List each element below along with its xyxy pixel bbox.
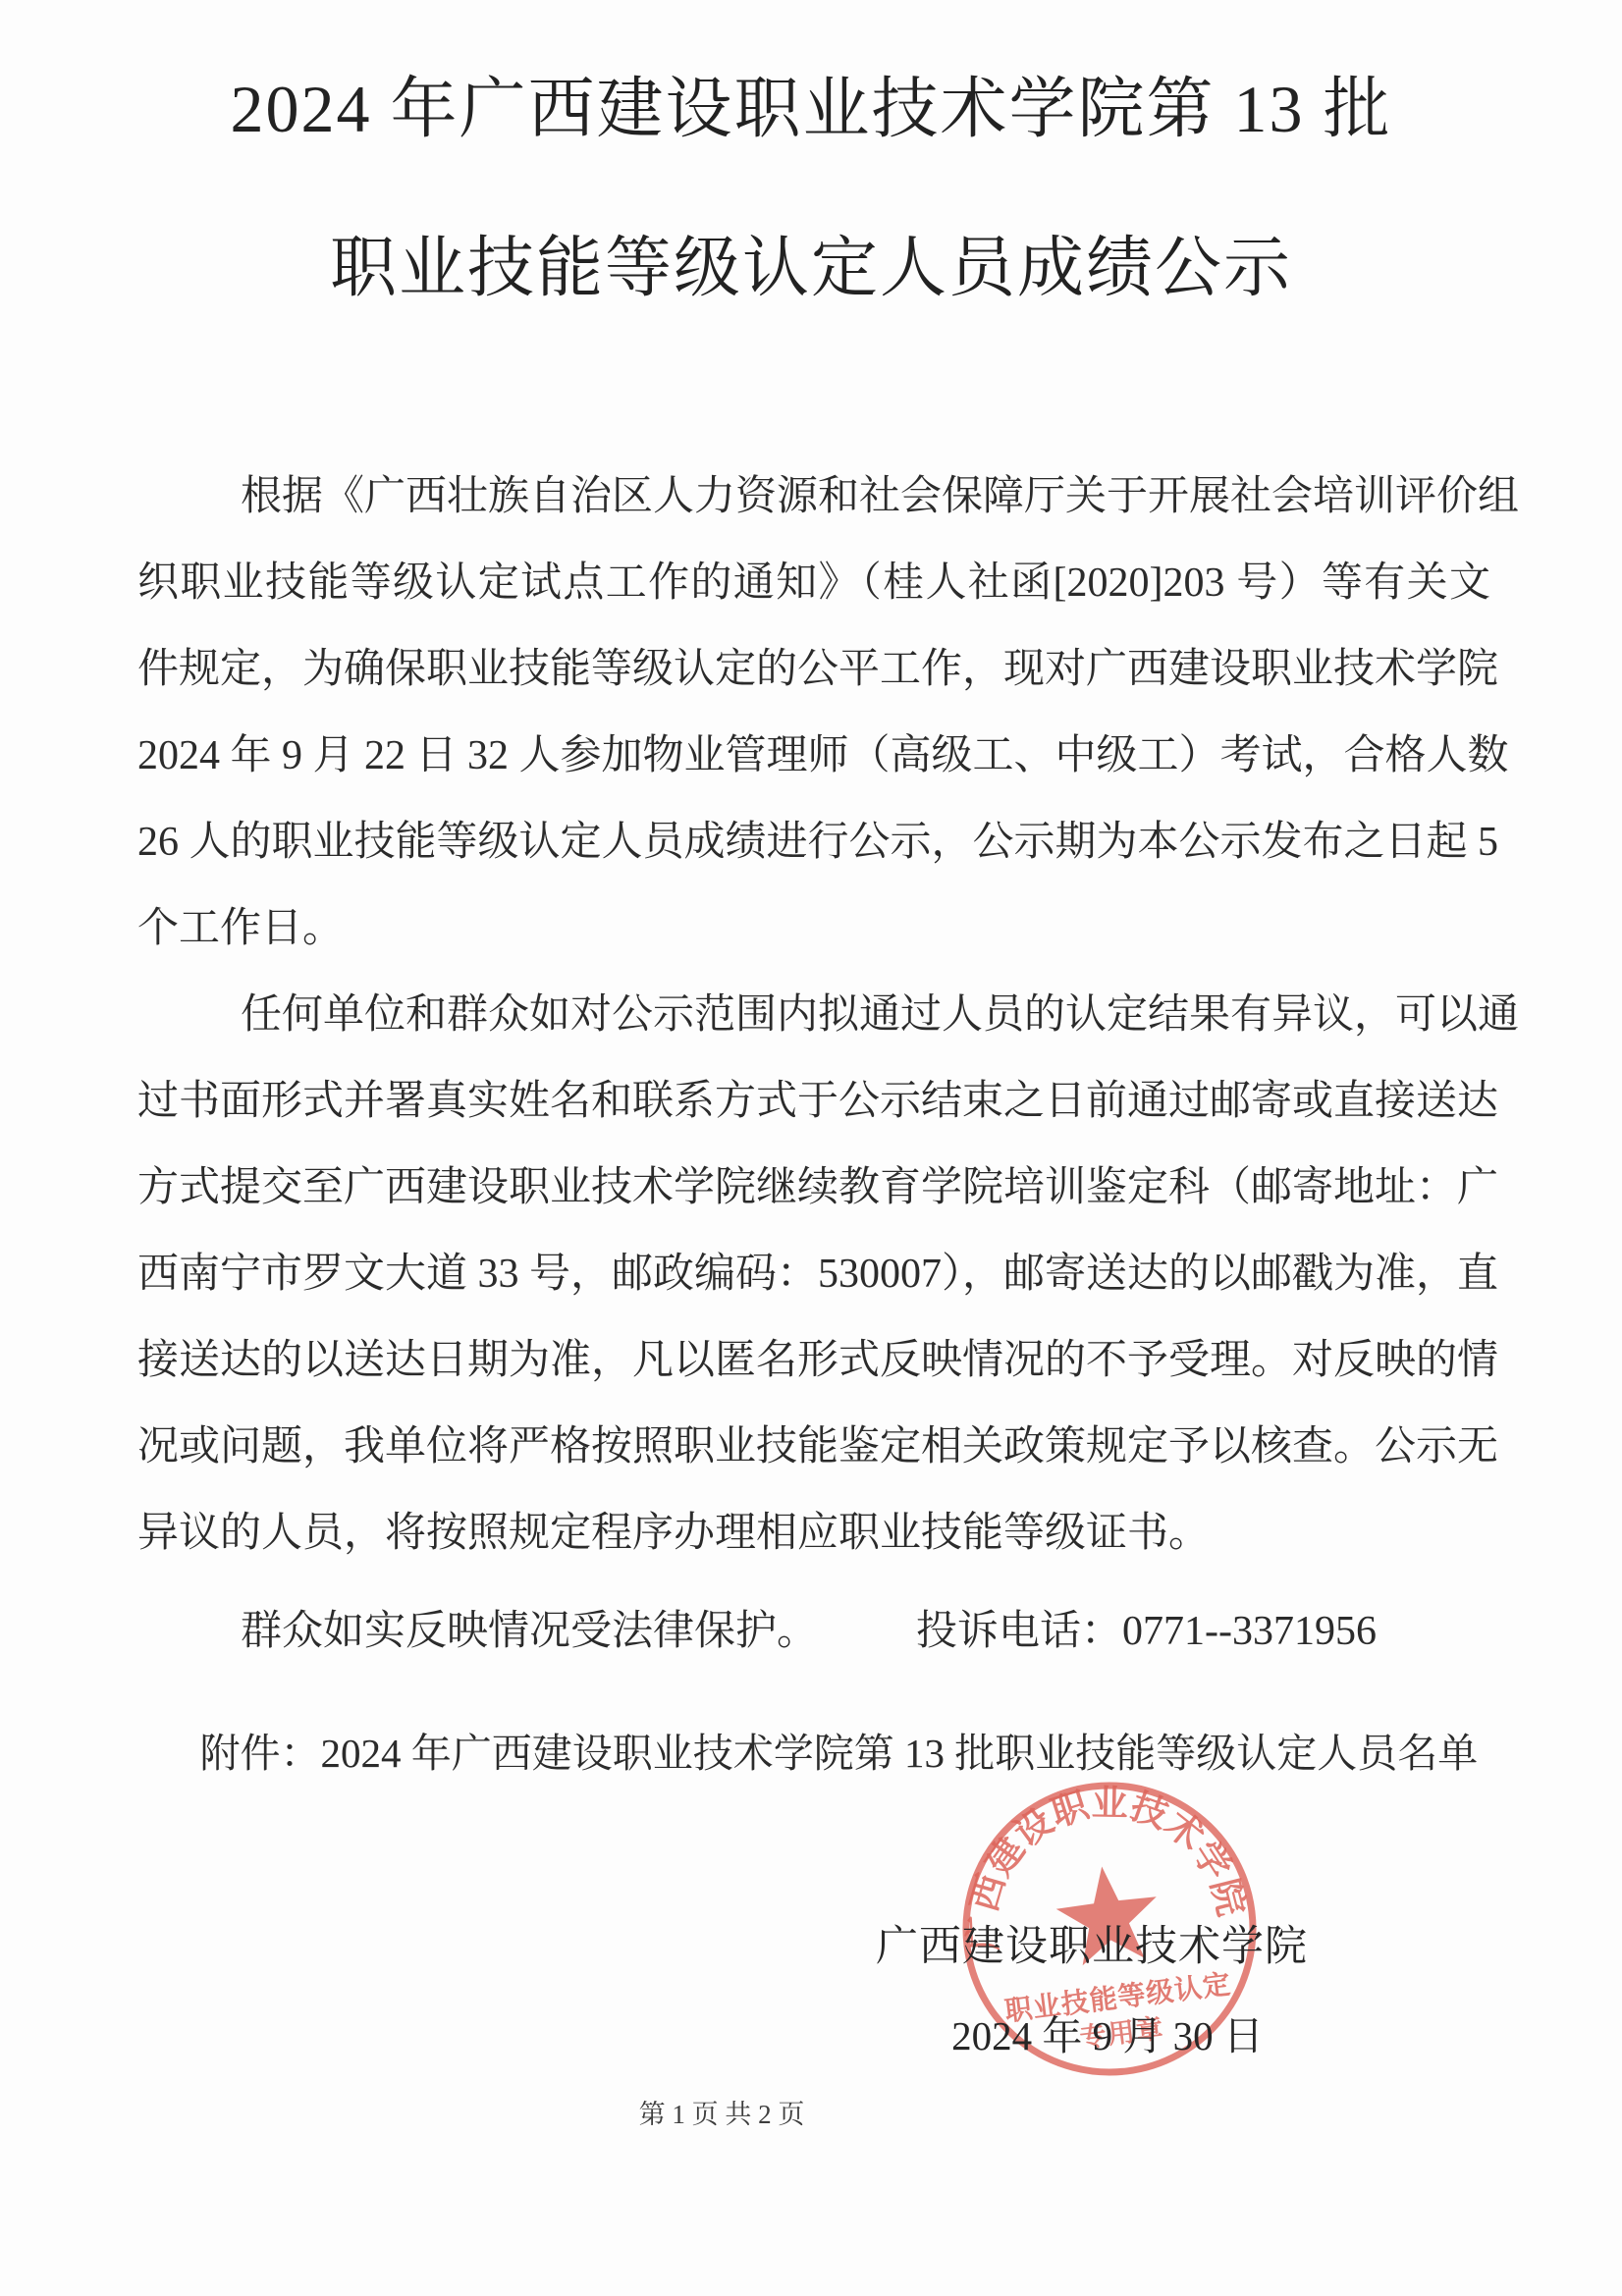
body-line: 根据《广西壮族自治区人力资源和社会保障厅关于开展社会培训评价组 [137, 454, 1490, 540]
body-line: 接送达的以送达日期为准，凡以匿名形式反映情况的不予受理。对反映的情 [137, 1317, 1490, 1404]
paragraph-2: 任何单位和群众如对公示范围内拟通过人员的认定结果有异议，可以通 过书面形式并署真… [137, 972, 1490, 1576]
body-line: 过书面形式并署真实姓名和联系方式于公示结束之日前通过邮寄或直接送达 [137, 1058, 1490, 1145]
signature-date: 2024 年 9 月 30 日 [813, 1993, 1402, 2079]
paragraph-1: 根据《广西壮族自治区人力资源和社会保障厅关于开展社会培训评价组 织职业技能等级认… [137, 454, 1490, 972]
body-line: 2024 年 9 月 22 日 32 人参加物业管理师（高级工、中级工）考试，合… [137, 713, 1490, 799]
document-body: 根据《广西壮族自治区人力资源和社会保障厅关于开展社会培训评价组 织职业技能等级认… [137, 454, 1490, 1796]
title-line-2: 职业技能等级认定人员成绩公示 [0, 188, 1622, 347]
title-line-1: 2024 年广西建设职业技术学院第 13 批 [0, 29, 1622, 188]
page-number: 第 1 页 共 2 页 [639, 2100, 805, 2129]
body-line: 26 人的职业技能等级认定人员成绩进行公示，公示期为本公示发布之日起 5 [137, 799, 1490, 885]
legal-protection-text: 群众如实反映情况受法律保护。 [241, 1609, 818, 1654]
body-line: 织职业技能等级认定试点工作的通知》（桂人社函[2020]203 号）等有关文 [137, 540, 1490, 626]
legal-protection-line: 群众如实反映情况受法律保护。投诉电话：0771--3371956 [137, 1588, 1490, 1675]
document-title: 2024 年广西建设职业技术学院第 13 批 职业技能等级认定人员成绩公示 [0, 29, 1622, 347]
complaint-phone: 投诉电话：0771--3371956 [916, 1609, 1377, 1654]
body-line: 个工作日。 [137, 885, 1490, 972]
body-line: 西南宁市罗文大道 33 号，邮政编码：530007），邮寄送达的以邮戳为准，直 [137, 1231, 1490, 1317]
body-line: 件规定，为确保职业技能等级认定的公平工作，现对广西建设职业技术学院 [137, 626, 1490, 713]
body-line: 任何单位和群众如对公示范围内拟通过人员的认定结果有异议，可以通 [137, 972, 1490, 1058]
attachment-line: 附件：2024 年广西建设职业技术学院第 13 批职业技能等级认定人员名单 [137, 1710, 1490, 1796]
document-page: 2024 年广西建设职业技术学院第 13 批 职业技能等级认定人员成绩公示 根据… [0, 0, 1622, 2296]
body-line: 方式提交至广西建设职业技术学院继续教育学院培训鉴定科（邮寄地址：广 [137, 1145, 1490, 1231]
signature-organization: 广西建设职业技术学院 [797, 1904, 1386, 1991]
body-line: 异议的人员，将按照规定程序办理相应职业技能等级证书。 [137, 1490, 1490, 1576]
body-line: 况或问题，我单位将严格按照职业技能鉴定相关政策规定予以核查。公示无 [137, 1404, 1490, 1490]
page-footer: 第 1 页 共 2 页 [0, 2093, 1443, 2131]
